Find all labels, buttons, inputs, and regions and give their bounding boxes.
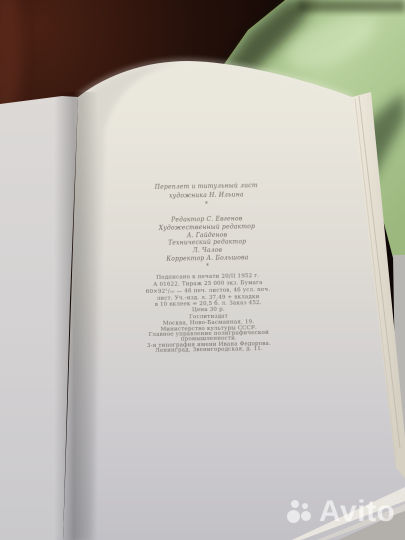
section-separator: *	[129, 201, 284, 210]
colophon-line: художника Н. Ильина	[129, 191, 284, 201]
listing-photo: Переплет и титульный лист художника Н. И…	[0, 0, 405, 540]
colophon-line: Корректор А. Большова	[130, 254, 285, 264]
section-separator: *	[130, 263, 285, 272]
colophon-text-block: Переплет и титульный лист художника Н. И…	[0, 0, 405, 540]
printer-address: Ленинград, Звенигородская, д. 11.	[132, 346, 287, 355]
colophon-line: Переплет и титульный лист	[129, 182, 284, 192]
